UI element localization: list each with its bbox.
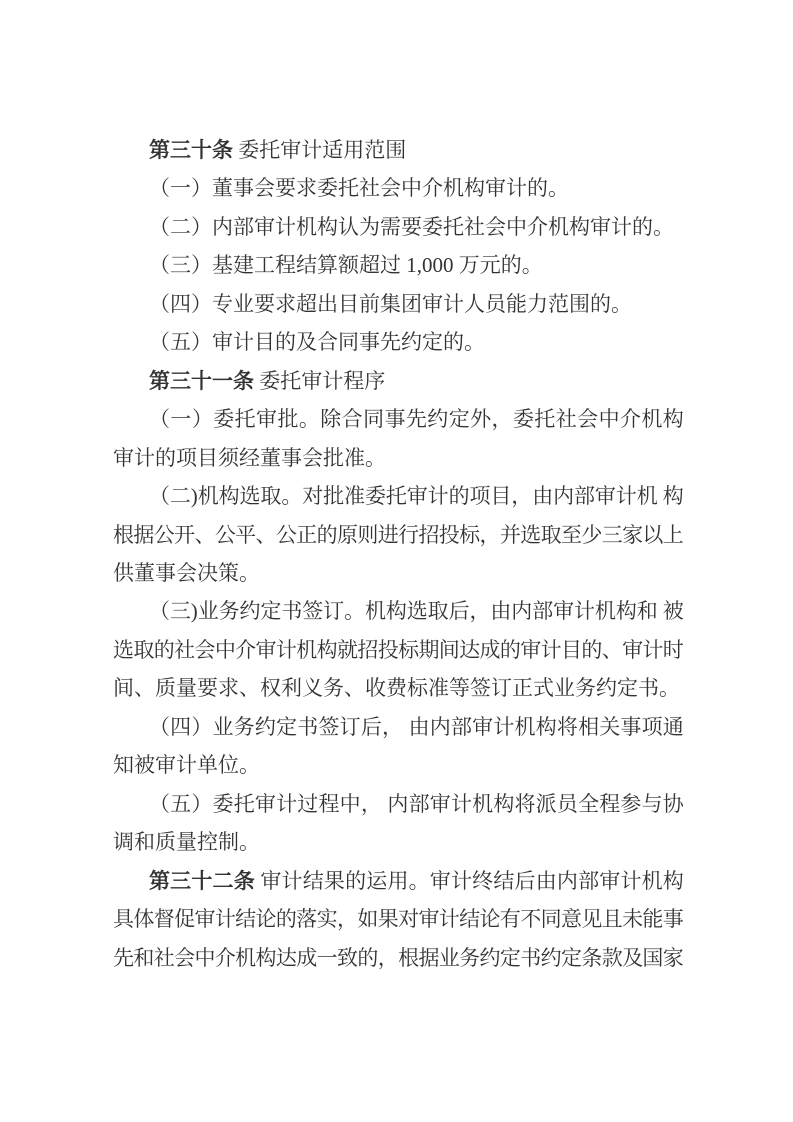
text-run: （四）业务约定书签订后， 由内部审计机构将相关事项通: [149, 715, 683, 739]
paragraph-article-32: 第三十二条 审计结果的运用。审计终结后由内部审计机构具体督促审计结论的落实，如果…: [113, 862, 683, 977]
text-line: 调和质量控制。: [113, 823, 683, 861]
text-run: （二）内部审计机构认为需要委托社会中介机构审计的。: [149, 215, 674, 239]
text-line: （四）专业要求超出目前集团审计人员能力范围的。: [113, 285, 683, 323]
text-run: （三)业务约定书签订。机构选取后，由内部审计机构和 被: [149, 599, 683, 623]
paragraph-article-31-item-5: （五）委托审计过程中， 内部审计机构将派员全程参与协调和质量控制。: [113, 785, 683, 862]
text-line: 具体督促审计结论的落实，如果对审计结论有不同意见且未能事: [113, 900, 683, 938]
text-line: （一）委托审批。除合同事先约定外，委托社会中介机构: [113, 400, 683, 438]
text-run: 委托审计程序: [254, 369, 385, 393]
text-run: 根据公开、公平、公正的原则进行招投标，并选取至少三家以上: [113, 523, 683, 547]
paragraph-article-30-item-1: （一）董事会要求委托社会中介机构审计的。: [113, 169, 683, 207]
text-run: （一）董事会要求委托社会中介机构审计的。: [149, 176, 569, 200]
text-line: 第三十条 委托审计适用范围: [113, 131, 683, 169]
text-line: 先和社会中介机构达成一致的，根据业务约定书约定条款及国家: [113, 939, 683, 977]
text-line: 第三十一条 委托审计程序: [113, 362, 683, 400]
text-line: 选取的社会中介审计机构就招投标期间达成的审计目的、审计时: [113, 631, 683, 669]
text-line: 第三十二条 审计结果的运用。审计终结后由内部审计机构: [113, 862, 683, 900]
text-run: （三）基建工程结算额超过 1,000 万元的。: [149, 253, 543, 277]
text-line: （二）内部审计机构认为需要委托社会中介机构审计的。: [113, 208, 683, 246]
text-line: （三)业务约定书签订。机构选取后，由内部审计机构和 被: [113, 592, 683, 630]
text-line: （二)机构选取。对批准委托审计的项目，由内部审计机 构: [113, 477, 683, 515]
paragraph-article-31-item-4: （四）业务约定书签订后， 由内部审计机构将相关事项通知被审计单位。: [113, 708, 683, 785]
text-run: （五）委托审计过程中， 内部审计机构将派员全程参与协: [149, 792, 683, 816]
text-line: （一）董事会要求委托社会中介机构审计的。: [113, 169, 683, 207]
text-line: 知被审计单位。: [113, 746, 683, 784]
text-run: （四）专业要求超出目前集团审计人员能力范围的。: [149, 292, 632, 316]
document-page: 第三十条 委托审计适用范围（一）董事会要求委托社会中介机构审计的。（二）内部审计…: [0, 0, 793, 1122]
article-number: 第三十一条: [149, 369, 254, 393]
paragraph-article-30-item-5: （五）审计目的及合同事先约定的。: [113, 323, 683, 361]
text-line: （五）审计目的及合同事先约定的。: [113, 323, 683, 361]
article-number: 第三十二条: [149, 869, 255, 893]
paragraph-article-30-heading: 第三十条 委托审计适用范围: [113, 131, 683, 169]
paragraph-article-31-heading: 第三十一条 委托审计程序: [113, 362, 683, 400]
text-line: 间、质量要求、权利义务、收费标准等签订正式业务约定书。: [113, 669, 683, 707]
article-number: 第三十条: [149, 138, 233, 162]
text-line: 根据公开、公平、公正的原则进行招投标，并选取至少三家以上: [113, 516, 683, 554]
text-line: （五）委托审计过程中， 内部审计机构将派员全程参与协: [113, 785, 683, 823]
text-run: （二)机构选取。对批准委托审计的项目，由内部审计机 构: [149, 484, 683, 508]
text-run: 间、质量要求、权利义务、收费标准等签订正式业务约定书。: [113, 676, 680, 700]
text-run: 知被审计单位。: [113, 753, 260, 777]
text-run: 先和社会中介机构达成一致的，根据业务约定书约定条款及国家: [113, 946, 683, 970]
paragraph-article-31-item-2: （二)机构选取。对批准委托审计的项目，由内部审计机 构根据公开、公平、公正的原则…: [113, 477, 683, 592]
paragraph-article-30-item-4: （四）专业要求超出目前集团审计人员能力范围的。: [113, 285, 683, 323]
text-line: 审计的项目须经董事会批准。: [113, 439, 683, 477]
document-body: 第三十条 委托审计适用范围（一）董事会要求委托社会中介机构审计的。（二）内部审计…: [113, 131, 683, 977]
text-run: 具体督促审计结论的落实，如果对审计结论有不同意见且未能事: [113, 907, 683, 931]
paragraph-article-30-item-2: （二）内部审计机构认为需要委托社会中介机构审计的。: [113, 208, 683, 246]
text-run: 调和质量控制。: [113, 830, 260, 854]
paragraph-article-30-item-3: （三）基建工程结算额超过 1,000 万元的。: [113, 246, 683, 284]
paragraph-article-31-item-1: （一）委托审批。除合同事先约定外，委托社会中介机构审计的项目须经董事会批准。: [113, 400, 683, 477]
text-run: （一）委托审批。除合同事先约定外，委托社会中介机构: [149, 407, 683, 431]
text-line: （四）业务约定书签订后， 由内部审计机构将相关事项通: [113, 708, 683, 746]
text-line: （三）基建工程结算额超过 1,000 万元的。: [113, 246, 683, 284]
text-run: 审计结果的运用。审计终结后由内部审计机构: [255, 869, 683, 893]
text-run: 供董事会决策。: [113, 561, 260, 585]
text-run: （五）审计目的及合同事先约定的。: [149, 330, 485, 354]
paragraph-article-31-item-3: （三)业务约定书签订。机构选取后，由内部审计机构和 被选取的社会中介审计机构就招…: [113, 592, 683, 707]
text-line: 供董事会决策。: [113, 554, 683, 592]
text-run: 选取的社会中介审计机构就招投标期间达成的审计目的、审计时: [113, 638, 683, 662]
text-run: 委托审计适用范围: [233, 138, 406, 162]
text-run: 审计的项目须经董事会批准。: [113, 446, 386, 470]
